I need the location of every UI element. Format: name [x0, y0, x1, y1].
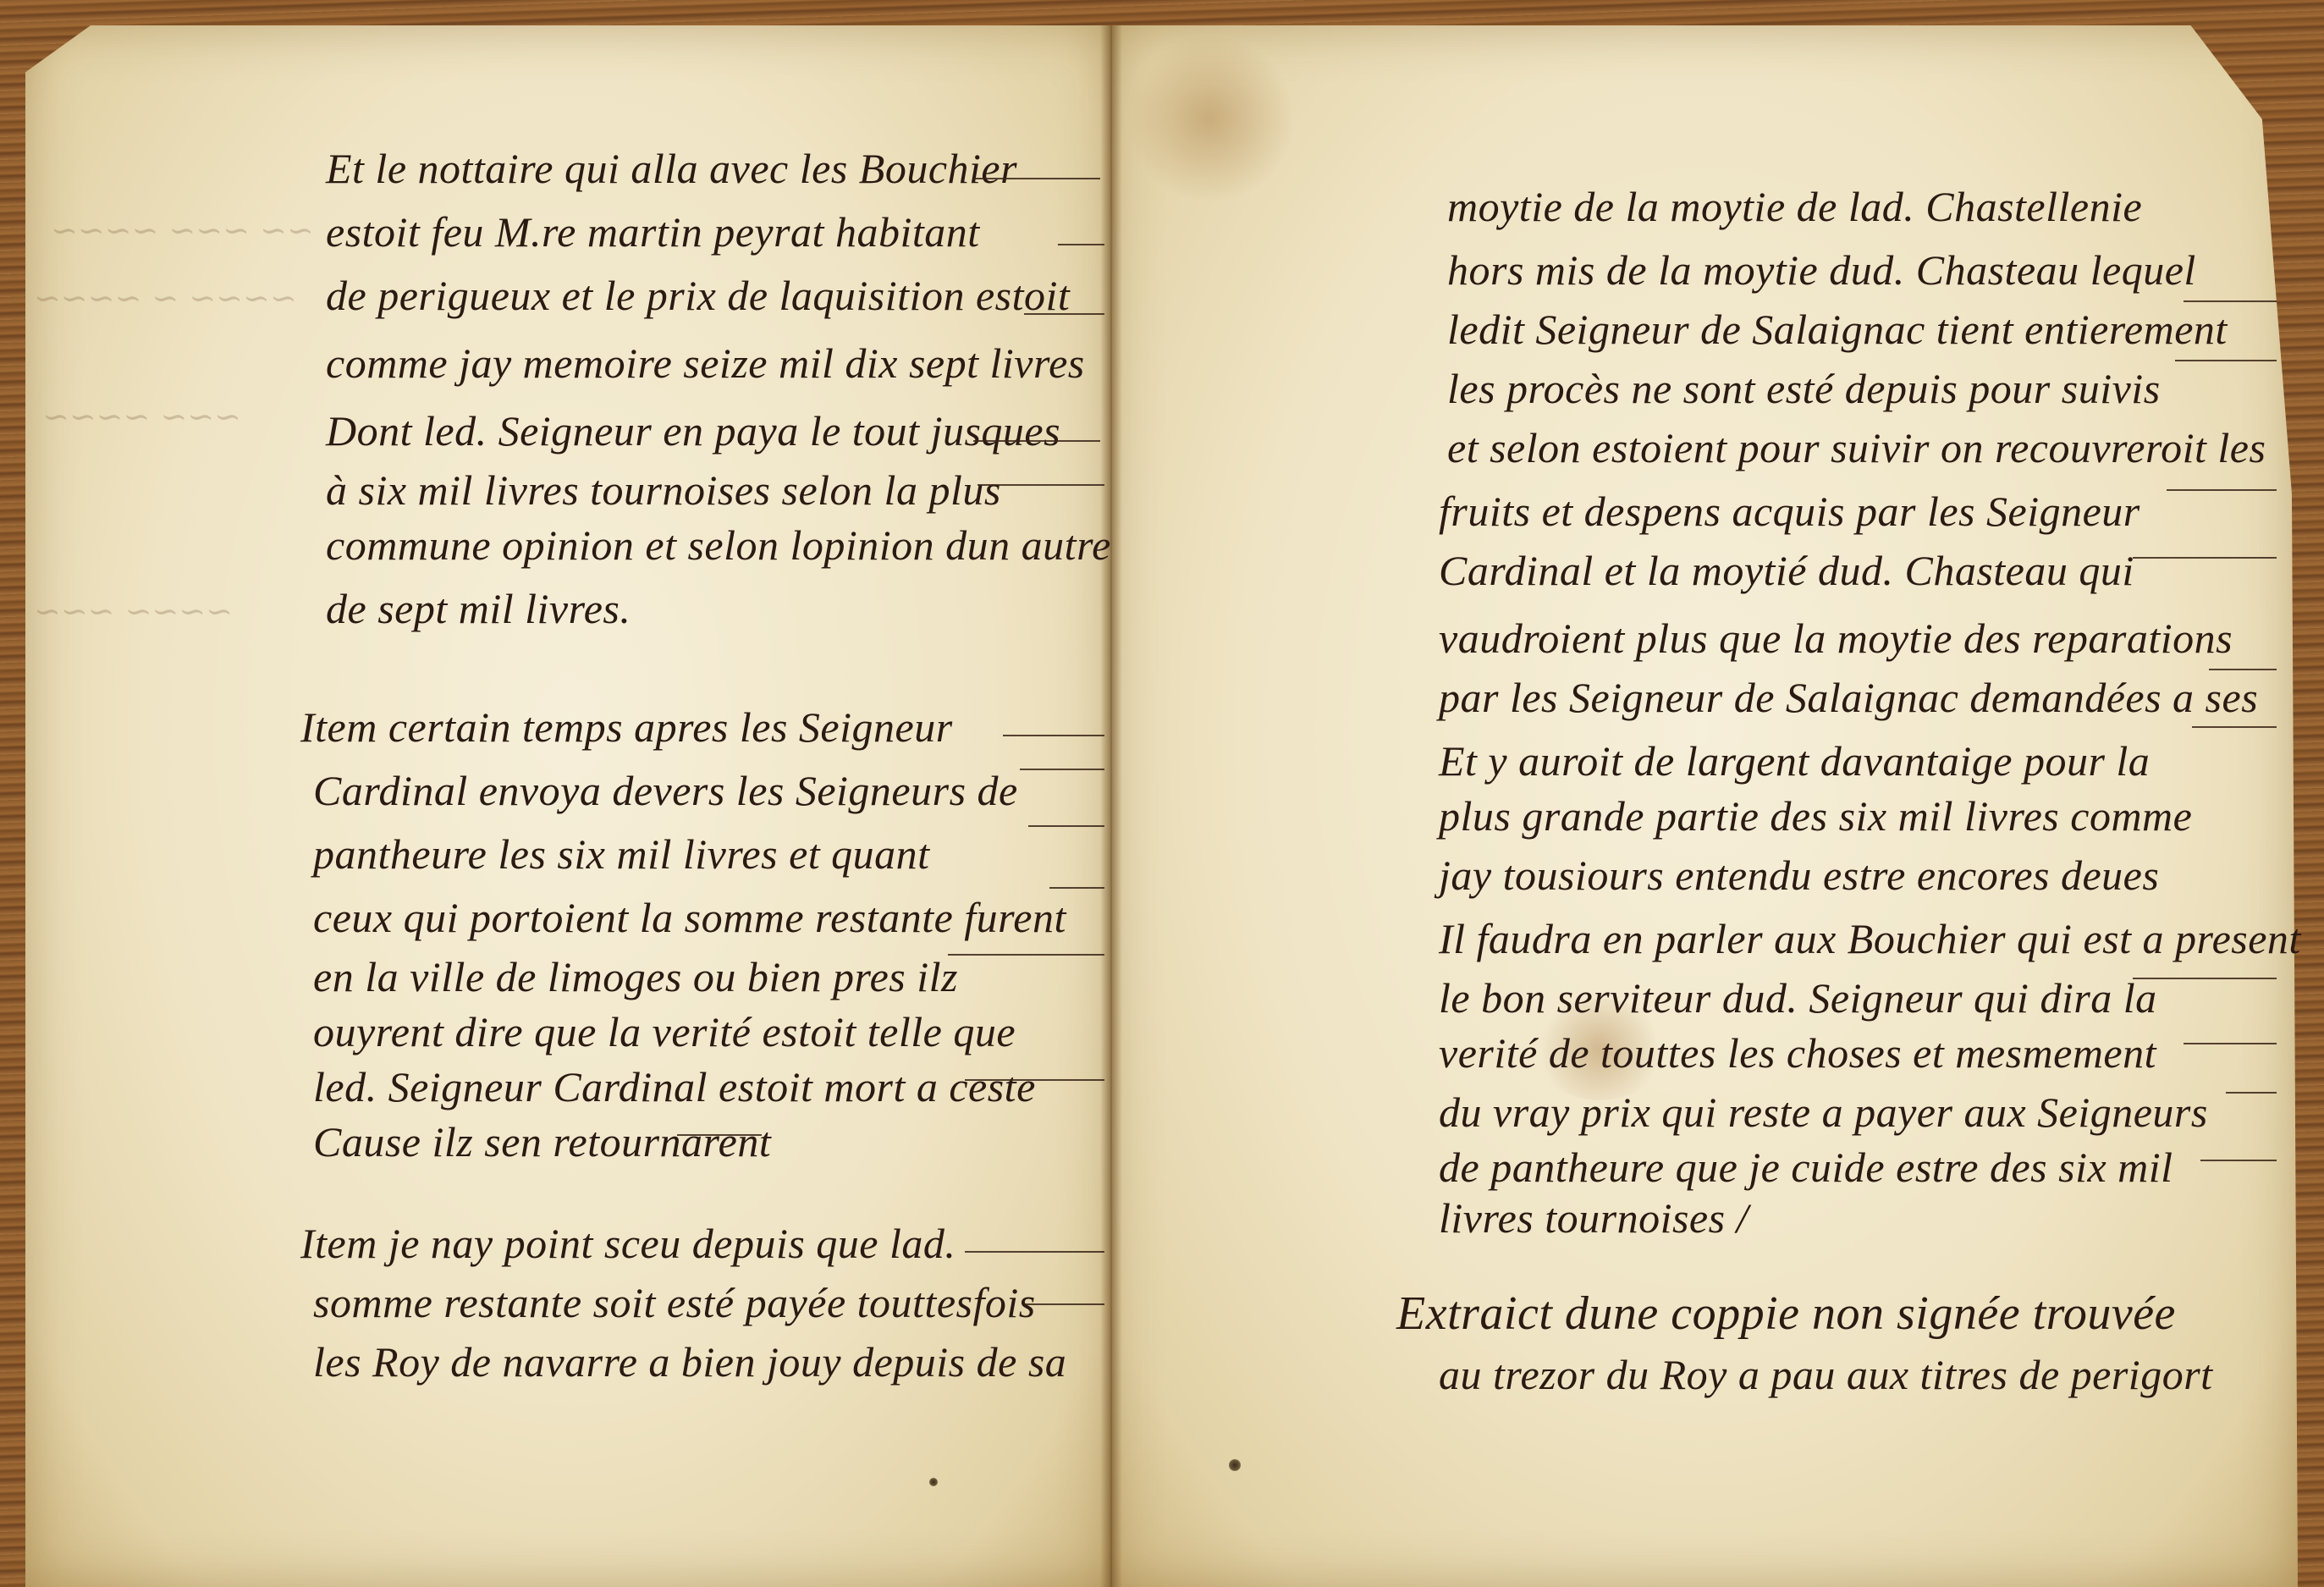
- right-line: les procès ne sont esté depuis pour suiv…: [1447, 364, 2161, 413]
- line-filler-rule: [2184, 1043, 2277, 1044]
- left-line: ceux qui portoient la somme restante fur…: [313, 893, 1066, 942]
- right-line: de pantheure que je cuide estre des six …: [1439, 1143, 2173, 1192]
- line-filler-rule: [1020, 769, 1104, 770]
- left-line: Cause ilz sen retournarent: [313, 1117, 771, 1166]
- left-line: de perigueux et le prix de laquisition e…: [326, 271, 1070, 320]
- line-filler-rule: [2226, 1092, 2277, 1094]
- line-filler-rule: [965, 1251, 1104, 1253]
- right-line: du vray prix qui reste a payer aux Seign…: [1439, 1088, 2208, 1137]
- line-filler-rule: [677, 1134, 762, 1136]
- left-line: commune opinion et selon lopinion dun au…: [326, 521, 1111, 570]
- line-filler-rule: [1049, 887, 1104, 889]
- bleed-through-text: ~~~~ ~ ~~~~: [34, 279, 297, 317]
- line-filler-rule: [1058, 244, 1104, 245]
- right-line: vaudroient plus que la moytie des repara…: [1439, 614, 2233, 663]
- left-line: en la ville de limoges ou bien pres ilz: [313, 952, 958, 1001]
- left-line: de sept mil livres.: [326, 584, 631, 633]
- right-line: livres tournoises /: [1439, 1193, 1749, 1243]
- left-line: Item je nay point sceu depuis que lad.: [300, 1219, 955, 1268]
- manuscript-spread: ~~ ~~~ ~~~~ ~~~~ ~ ~~~~ ~~~ ~~~~ ~~~~ ~~…: [0, 0, 2324, 1587]
- line-filler-rule: [2167, 489, 2277, 491]
- paper-stain: [1126, 34, 1295, 203]
- line-filler-rule: [2192, 726, 2277, 728]
- right-line: hors mis de la moytie dud. Chasteau lequ…: [1447, 245, 2196, 295]
- right-line: plus grande partie des six mil livres co…: [1439, 791, 2192, 840]
- bleed-through-text: ~~~~ ~~~: [34, 592, 233, 630]
- right-line: ledit Seigneur de Salaignac tient entier…: [1447, 305, 2228, 354]
- left-line: à six mil livres tournoises selon la plu…: [326, 466, 1001, 515]
- right-line: Il faudra en parler aux Bouchier qui est…: [1439, 914, 2301, 963]
- right-line: moytie de la moytie de lad. Chastellenie: [1447, 182, 2142, 231]
- line-filler-rule: [2200, 1160, 2277, 1161]
- line-filler-rule: [2133, 557, 2277, 559]
- left-line: Et le nottaire qui alla avec les Bouchie…: [326, 144, 1017, 193]
- left-line: les Roy de navarre a bien jouy depuis de…: [313, 1337, 1066, 1386]
- right-line: par les Seigneur de Salaignac demandées …: [1439, 673, 2258, 722]
- line-filler-rule: [1028, 825, 1104, 827]
- left-line: Item certain temps apres les Seigneur: [300, 703, 953, 752]
- line-filler-rule: [1003, 735, 1104, 736]
- bleed-through-text: ~~~ ~~~~: [42, 398, 241, 435]
- line-filler-rule: [973, 178, 1100, 179]
- right-line: et selon estoient pour suivir on recouvr…: [1447, 423, 2266, 472]
- worm-hole: [1229, 1459, 1241, 1471]
- right-line: fruits et despens acquis par les Seigneu…: [1439, 487, 2140, 536]
- left-line: ouyrent dire que la verité estoit telle …: [313, 1007, 1016, 1056]
- line-filler-rule: [1024, 1303, 1104, 1305]
- left-line: estoit feu M.re martin peyrat habitant: [326, 207, 980, 256]
- closing-note-line: au trezor du Roy a pau aux titres de per…: [1439, 1350, 2213, 1399]
- worm-hole: [929, 1478, 938, 1486]
- right-line: le bon serviteur dud. Seigneur qui dira …: [1439, 973, 2157, 1022]
- closing-note-line: Extraict dune coppie non signée trouvée: [1396, 1287, 2176, 1341]
- left-line: Cardinal envoya devers les Seigneurs de: [313, 766, 1018, 815]
- line-filler-rule: [948, 954, 1104, 956]
- left-line: pantheure les six mil livres et quant: [313, 829, 930, 879]
- left-line: led. Seigneur Cardinal estoit mort a ces…: [313, 1062, 1036, 1111]
- bleed-through-text: ~~ ~~~ ~~~~: [51, 212, 314, 249]
- right-line: jay tousiours entendu estre encores deue…: [1439, 851, 2159, 900]
- line-filler-rule: [1024, 313, 1104, 315]
- left-line: comme jay memoire seize mil dix sept liv…: [326, 339, 1085, 388]
- line-filler-rule: [965, 1079, 1104, 1081]
- line-filler-rule: [2133, 978, 2277, 979]
- right-line: Et y auroit de largent davantaige pour l…: [1439, 736, 2150, 785]
- left-line: somme restante soit esté payée touttesfo…: [313, 1278, 1036, 1327]
- line-filler-rule: [973, 440, 1100, 442]
- book-gutter: [1100, 25, 1122, 1587]
- line-filler-rule: [2184, 300, 2277, 302]
- line-filler-rule: [978, 484, 1104, 486]
- right-line: Cardinal et la moytié dud. Chasteau qui: [1439, 546, 2134, 595]
- right-line: verité de touttes les choses et mesmemen…: [1439, 1028, 2156, 1077]
- line-filler-rule: [2175, 360, 2277, 361]
- line-filler-rule: [2209, 669, 2277, 670]
- left-line: Dont led. Seigneur en paya le tout jusqu…: [326, 406, 1060, 455]
